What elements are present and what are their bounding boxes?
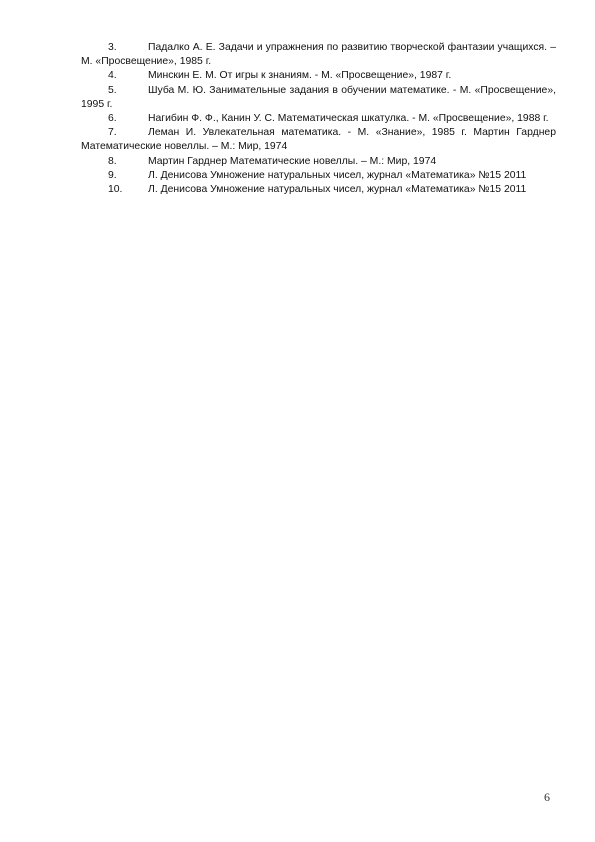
reference-number: 5. — [108, 84, 148, 98]
reference-item: 5.Шуба М. Ю. Занимательные задания в обу… — [81, 84, 556, 112]
reference-number: 8. — [108, 155, 148, 169]
reference-list: 3.Падалко А. Е. Задачи и упражнения по р… — [81, 41, 556, 197]
reference-text: Леман И. Увлекательная математика. - М. … — [81, 127, 556, 152]
reference-number: 4. — [108, 69, 148, 83]
reference-text: Л. Денисова Умножение натуральных чисел,… — [148, 184, 526, 195]
reference-text: Нагибин Ф. Ф., Канин У. С. Математическа… — [148, 113, 549, 124]
reference-item: 10.Л. Денисова Умножение натуральных чис… — [81, 183, 556, 197]
reference-item: 8.Мартин Гарднер Математические новеллы.… — [81, 155, 556, 169]
reference-item: 9.Л. Денисова Умножение натуральных чисе… — [81, 169, 556, 183]
reference-number: 3. — [108, 41, 148, 55]
reference-text: Мартин Гарднер Математические новеллы. –… — [148, 156, 436, 167]
reference-item: 7.Леман И. Увлекательная математика. - М… — [81, 126, 556, 154]
reference-number: 10. — [108, 183, 148, 197]
reference-number: 7. — [108, 126, 148, 140]
document-page: 3.Падалко А. Е. Задачи и упражнения по р… — [0, 0, 595, 842]
reference-text: Л. Денисова Умножение натуральных чисел,… — [148, 170, 526, 181]
reference-item: 4.Минскин Е. М. От игры к знаниям. - М. … — [81, 69, 556, 83]
reference-text: Шуба М. Ю. Занимательные задания в обуче… — [81, 85, 556, 110]
reference-text: Падалко А. Е. Задачи и упражнения по раз… — [81, 42, 556, 67]
reference-text: Минскин Е. М. От игры к знаниям. - М. «П… — [148, 70, 451, 81]
page-number: 6 — [544, 790, 550, 805]
reference-item: 3.Падалко А. Е. Задачи и упражнения по р… — [81, 41, 556, 69]
reference-number: 6. — [108, 112, 148, 126]
reference-item: 6.Нагибин Ф. Ф., Канин У. С. Математичес… — [81, 112, 556, 126]
reference-number: 9. — [108, 169, 148, 183]
